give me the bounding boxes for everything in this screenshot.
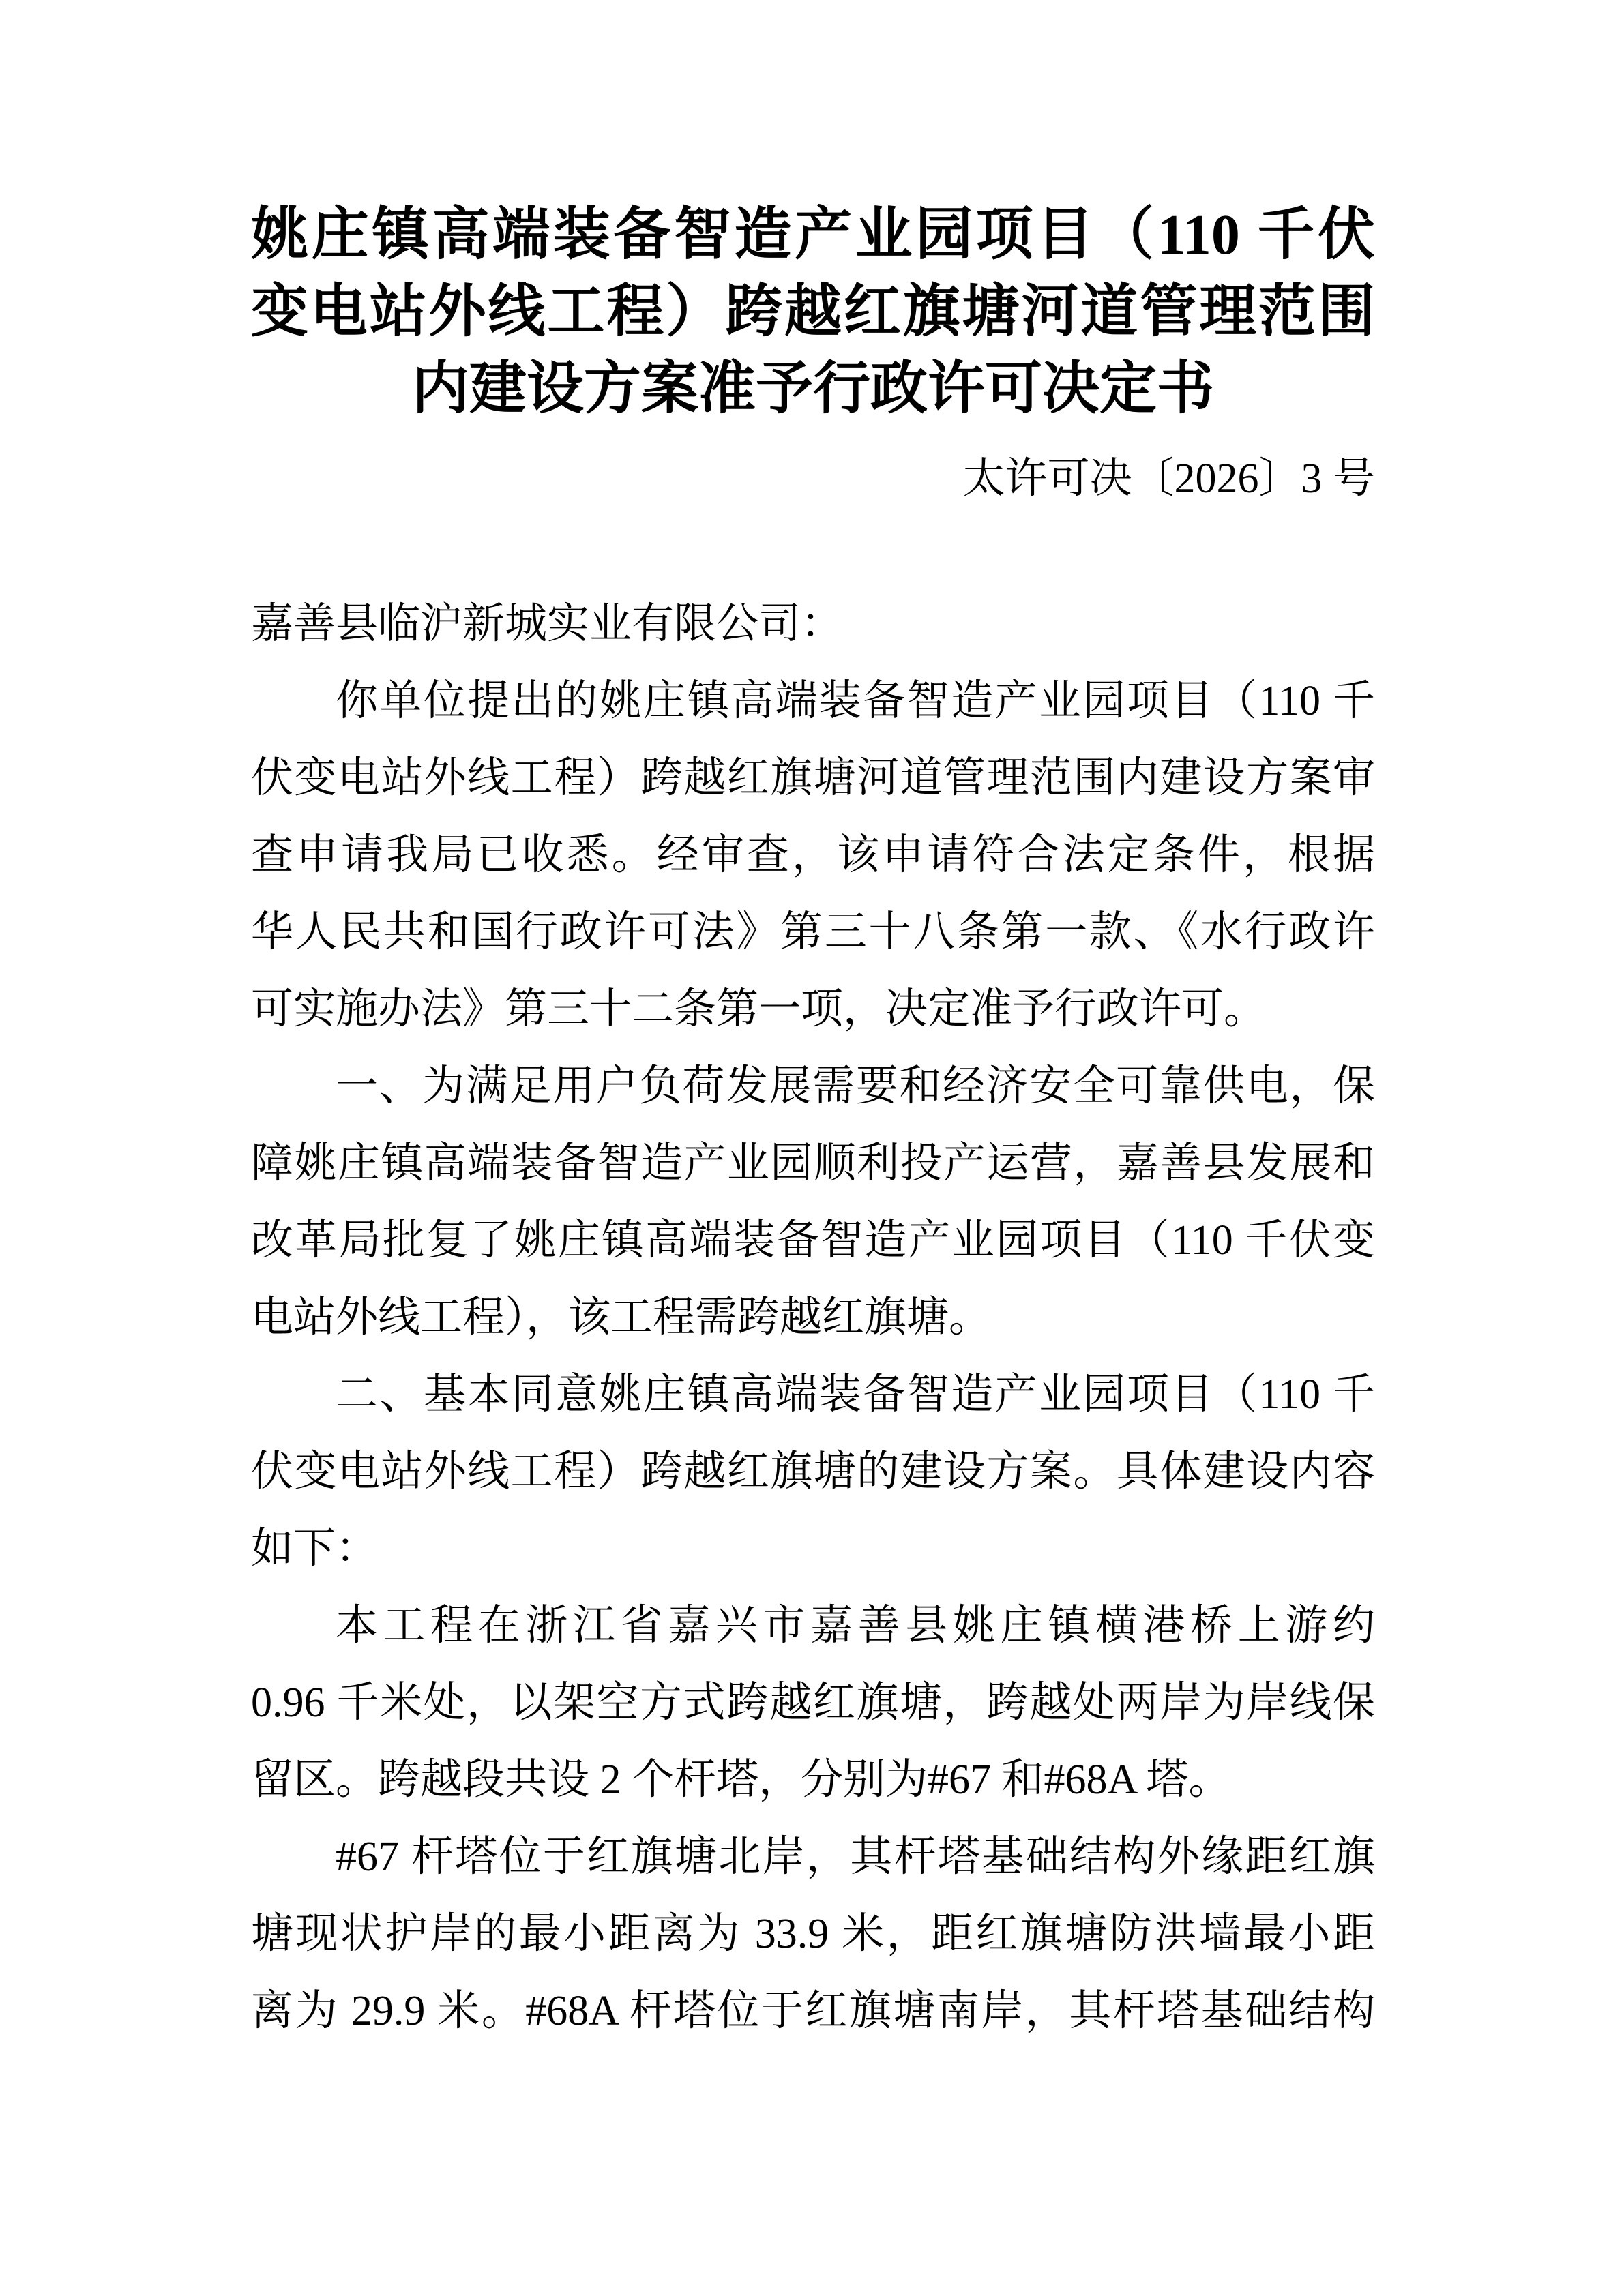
document-body: 嘉善县临沪新城实业有限公司：你单位提出的姚庄镇高端装备智造产业园项目（110 千… [251,586,1375,2050]
body-line: 查申请我局已收悉。经审查，该申请符合法定条件，根据《中 [251,817,1375,894]
document-title: 姚庄镇高端装备智造产业园项目（110 千伏变电站外线工程）跨越红旗塘河道管理范围… [251,196,1375,428]
title-line: 内建设方案准予行政许可决定书 [251,351,1375,428]
body-line: 一、为满足用户负荷发展需要和经济安全可靠供电，保 [251,1048,1375,1125]
body-line: 伏变电站外线工程）跨越红旗塘河道管理范围内建设方案审 [251,740,1375,817]
body-line: 如下： [251,1510,1375,1587]
body-line: 离为 29.9 米。#68A 杆塔位于红旗塘南岸，其杆塔基础结构 [251,1973,1375,2050]
body-line: 留区。跨越段共设 2 个杆塔，分别为#67 和#68A 塔。 [251,1742,1375,1819]
body-line: 嘉善县临沪新城实业有限公司： [251,586,1375,663]
body-line: 你单位提出的姚庄镇高端装备智造产业园项目（110 千 [251,663,1375,740]
body-line: #67 杆塔位于红旗塘北岸，其杆塔基础结构外缘距红旗 [251,1819,1375,1896]
scanned-document-page: 姚庄镇高端装备智造产业园项目（110 千伏变电站外线工程）跨越红旗塘河道管理范围… [0,0,1624,2296]
body-line: 电站外线工程），该工程需跨越红旗塘。 [251,1279,1375,1356]
body-line: 塘现状护岸的最小距离为 33.9 米，距红旗塘防洪墙最小距 [251,1896,1375,1973]
body-line: 可实施办法》第三十二条第一项，决定准予行政许可。 [251,971,1375,1048]
body-line: 障姚庄镇高端装备智造产业园顺利投产运营，嘉善县发展和 [251,1125,1375,1202]
body-line: 本工程在浙江省嘉兴市嘉善县姚庄镇横港桥上游约 [251,1587,1375,1665]
body-line: 华人民共和国行政许可法》第三十八条第一款、《水行政许 [251,894,1375,971]
body-line: 二、基本同意姚庄镇高端装备智造产业园项目（110 千 [251,1356,1375,1433]
body-line: 改革局批复了姚庄镇高端装备智造产业园项目（110 千伏变 [251,1202,1375,1279]
body-line: 伏变电站外线工程）跨越红旗塘的建设方案。具体建设内容 [251,1433,1375,1510]
document-number: 太许可决〔2026〕3 号 [251,441,1375,518]
title-line: 变电站外线工程）跨越红旗塘河道管理范围 [251,273,1375,351]
body-line: 0.96 千米处，以架空方式跨越红旗塘，跨越处两岸为岸线保 [251,1665,1375,1742]
title-line: 姚庄镇高端装备智造产业园项目（110 千伏 [251,196,1375,273]
